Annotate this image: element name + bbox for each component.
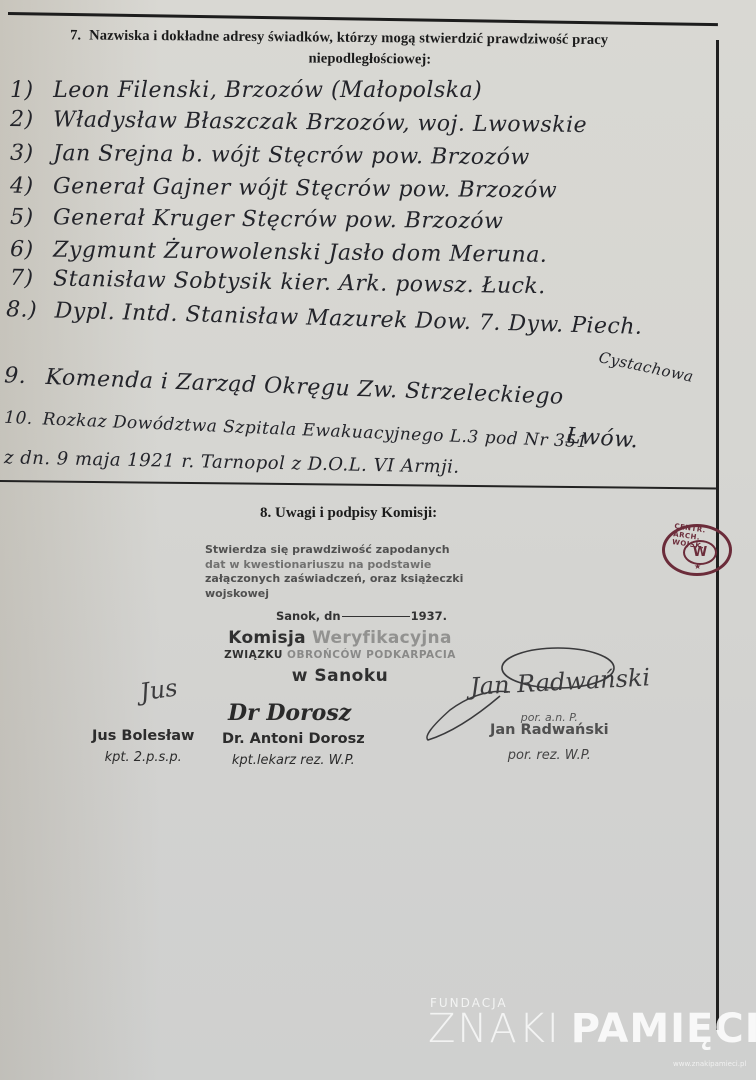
witness-number: 7): [10, 266, 34, 291]
section7-heading: 7.Nazwiska i dokładne adresy świadków, k…: [70, 25, 670, 72]
signatory-name: Dr. Antoni Dorosz: [222, 731, 365, 747]
place-label: Sanok, dn: [276, 609, 341, 623]
signature-dorosz: Dr Dorosz: [228, 700, 351, 726]
section-divider: [0, 480, 716, 489]
witness-text: Generał Kruger Stęcrów pow. Brzozów: [53, 205, 504, 234]
place-date: Sanok, dn1937.: [276, 609, 447, 623]
signature-jus: Jus: [138, 674, 179, 707]
witness-text: Władysław Błaszczak Brzozów, woj. Lwowsk…: [53, 107, 587, 138]
verification-line: Stwierdza się prawdziwość zapodanych: [205, 543, 505, 558]
watermark-pamieci: PAMIĘCI: [571, 1008, 756, 1050]
witness-text: z dn. 9 maja 1921 r. Tarnopol z D.O.L. V…: [4, 447, 460, 478]
witness-number: 8.): [6, 297, 38, 323]
signatory-2: Dr. Antoni Dorosz kpt.lekarz rez. W.P.: [222, 731, 365, 768]
signatory-name: Jus Bolesław: [92, 728, 194, 744]
witness-text: Dypl. Intd. Stanisław Mazurek Dow. 7. Dy…: [54, 298, 642, 339]
witness-7: 7) Stanisław Sobtysik kier. Ark. powsz. …: [10, 266, 546, 299]
signatory-rank: por. rez. W.P.: [490, 748, 609, 763]
witness-text: Zygmunt Żurowolenski Jasło dom Meruna.: [53, 238, 548, 268]
witness-9: 9. Komenda i Zarząd Okręgu Zw. Strzeleck…: [4, 363, 564, 409]
signatory-rank: kpt.lekarz rez. W.P.: [222, 753, 365, 768]
watermark-znaki: ZNAKI: [428, 1008, 561, 1050]
witness-number: 9.: [4, 363, 27, 389]
signatory-name: Jan Radwański: [490, 722, 609, 738]
witness-number: 5): [10, 205, 34, 230]
witness-6: 6) Zygmunt Żurowolenski Jasło dom Meruna…: [10, 237, 548, 268]
archive-stamp: CENTR. ARCH. WOJSK. W ★: [662, 524, 732, 576]
eagle-emblem-icon: W: [685, 542, 715, 563]
watermark-url: www.znakipamieci.pl: [673, 1060, 746, 1068]
signatory-1: Jus Bolesław kpt. 2.p.s.p.: [92, 728, 194, 765]
witness-2: 2) Władysław Błaszczak Brzozów, woj. Lwo…: [10, 107, 587, 138]
witness-number: 2): [10, 107, 34, 132]
witness-text: Generał Gajner wójt Stęcrów pow. Brzozów: [53, 174, 557, 203]
section8-heading: 8. Uwagi i podpisy Komisji:: [260, 505, 437, 522]
witness-number: 4): [10, 174, 34, 199]
witness-3: 3) Jan Srejna b. wójt Stęcrów pow. Brzoz…: [10, 141, 530, 171]
witness-8-cont: Cystachowa: [597, 348, 695, 386]
witness-1: 1) Leon Filenski, Brzozów (Małopolska): [10, 78, 482, 103]
verification-line: dat w kwestionariuszu na podstawie: [205, 558, 505, 573]
witness-10-cont: z dn. 9 maja 1921 r. Tarnopol z D.O.L. V…: [4, 447, 460, 478]
signatory-rank: kpt. 2.p.s.p.: [92, 750, 194, 765]
star-icon: ★: [694, 562, 701, 571]
witness-number: 3): [10, 141, 34, 166]
witness-text: Jan Srejna b. wójt Stęcrów pow. Brzozów: [53, 141, 530, 170]
top-rule: [8, 12, 718, 26]
witness-10: 10. Rozkaz Dowództwa Szpitala Ewakuacyjn…: [4, 408, 588, 452]
foundation-watermark: FUNDACJA ZNAKI PAMIĘCI www.znakipamieci.…: [428, 996, 756, 1050]
section7-title-cont: niepodległościowej:: [70, 46, 670, 72]
witness-number: 1): [10, 78, 34, 103]
witness-5: 5) Generał Kruger Stęcrów pow. Brzozów: [10, 205, 504, 234]
witness-number: 6): [10, 237, 34, 262]
stamp-line: ZWIĄZKU: [224, 649, 287, 661]
witness-text: Cystachowa: [597, 348, 695, 386]
section7-title: Nazwiska i dokładne adresy świadków, któ…: [89, 28, 608, 49]
witness-text: Leon Filenski, Brzozów (Małopolska): [53, 78, 482, 103]
date-blank: [342, 616, 410, 617]
witness-text: Stanisław Sobtysik kier. Ark. powsz. Łuc…: [53, 266, 546, 299]
witness-text: Komenda i Zarząd Okręgu Zw. Strzeleckieg…: [45, 365, 564, 410]
witness-8: 8.) Dypl. Intd. Stanisław Mazurek Dow. 7…: [6, 297, 643, 340]
stamp-line: Komisja: [228, 628, 312, 648]
verification-line: wojskowej: [205, 587, 505, 602]
witness-number: 10.: [4, 408, 33, 429]
witness-4: 4) Generał Gajner wójt Stęcrów pow. Brzo…: [10, 174, 557, 204]
section7-number: 7.: [70, 27, 81, 43]
verification-line: załączonych zaświadczeń, oraz książeczki: [205, 572, 505, 587]
document-page: 7.Nazwiska i dokładne adresy świadków, k…: [0, 0, 756, 1080]
witness-text: Rozkaz Dowództwa Szpitala Ewakuacyjnego …: [42, 409, 588, 452]
signatory-3: por. a.n. P. Jan Radwański por. rez. W.P…: [490, 711, 609, 763]
year-label: 1937.: [411, 609, 447, 623]
verification-stamp-text: Stwierdza się prawdziwość zapodanych dat…: [205, 543, 505, 601]
